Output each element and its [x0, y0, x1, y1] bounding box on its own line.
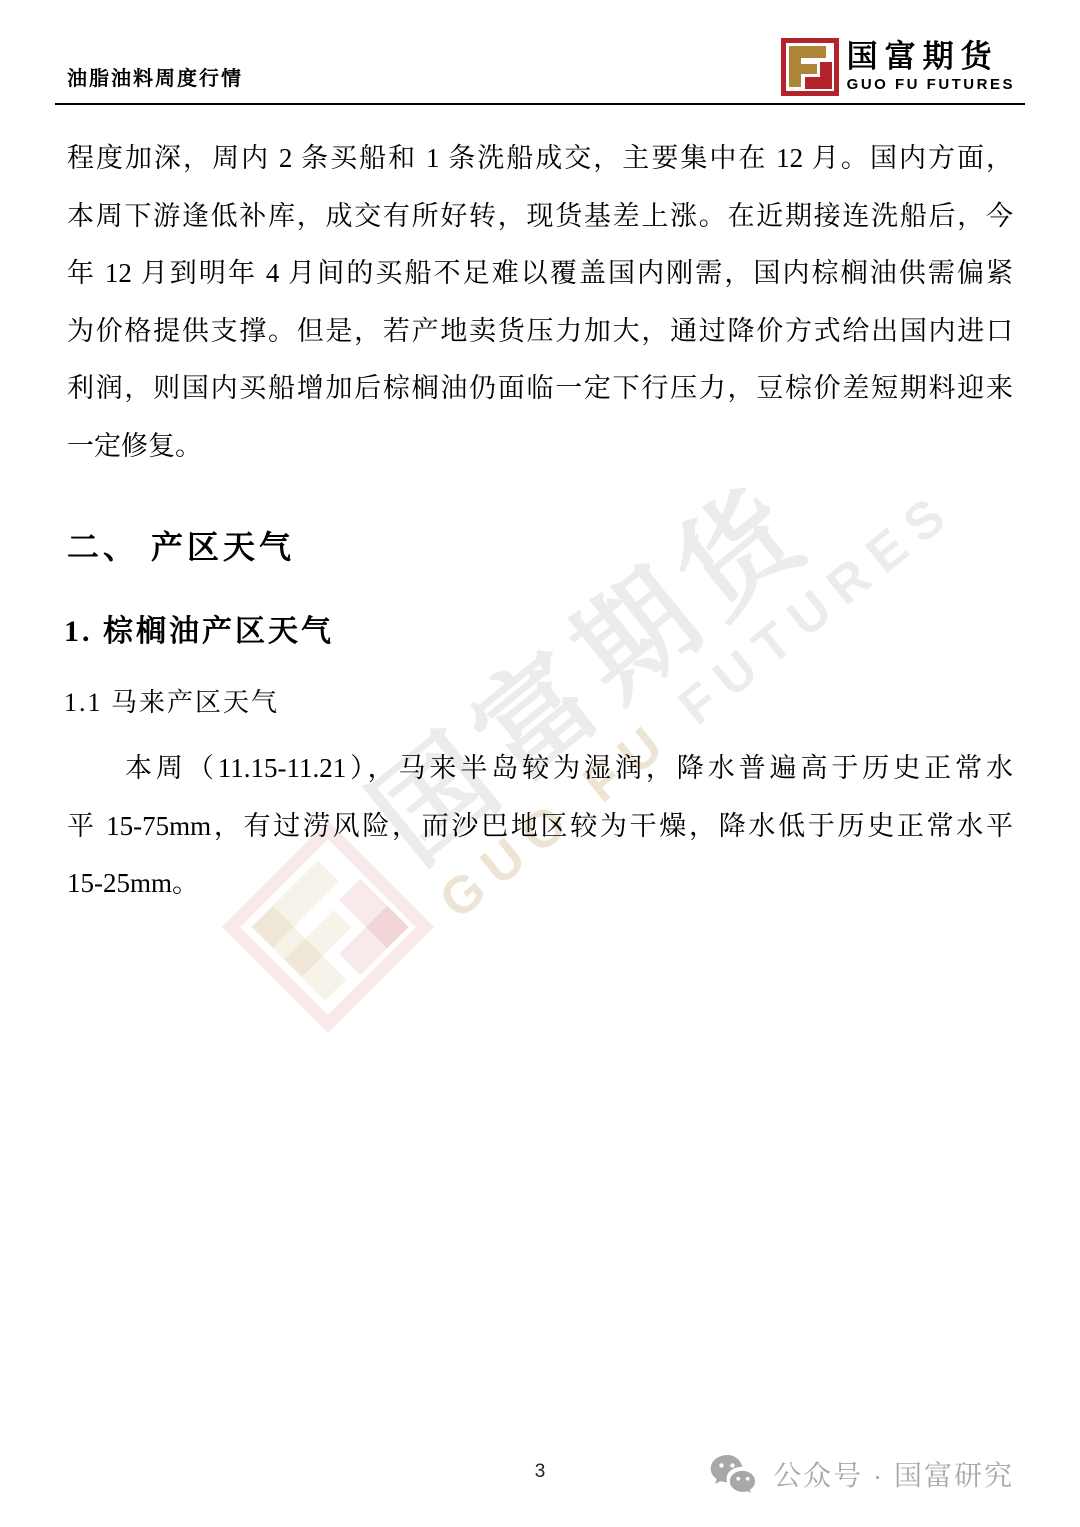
section-heading-producing-area-weather: 二、 产区天气 — [67, 522, 295, 568]
paragraph-line: 平 15-75mm，有过涝风险，而沙巴地区较为干燥，降水低于历史正常水平 — [67, 798, 1013, 856]
paragraph-line: 程度加深，周内 2 条买船和 1 条洗船成交，主要集中在 12 月。国内方面， — [67, 130, 1013, 188]
paragraph-line: 一定修复。 — [67, 418, 1013, 476]
market-analysis-paragraph: 程度加深，周内 2 条买船和 1 条洗船成交，主要集中在 12 月。国内方面， … — [67, 130, 1013, 475]
brand-name-en: GUO FU FUTURES — [847, 75, 1015, 95]
brand-logo: 国富期货 GUO FU FUTURES — [781, 38, 1015, 96]
brand-name-cn: 国富期货 — [847, 39, 1015, 75]
wechat-footer-badge: 公众号 · 国富研究 — [709, 1450, 1014, 1502]
paragraph-line: 为价格提供支撑。但是，若产地卖货压力加大，通过降价方式给出国内进口 — [67, 303, 1013, 361]
malaysia-weather-paragraph: 本周（11.15-11.21），马来半岛较为湿润，降水普遍高于历史正常水 平 1… — [67, 740, 1013, 913]
wechat-account-label: 公众号 · 国富研究 — [773, 1450, 1014, 1502]
document-title: 油脂油料周度行情 — [67, 62, 243, 91]
guofu-logo-icon — [781, 38, 839, 96]
brand-watermark: 国富期货 GUO FU FUTURES — [212, 424, 918, 1045]
paragraph-line: 利润，则国内买船增加后棕榈油仍面临一定下行压力，豆棕价差短期料迎来 — [67, 360, 1013, 418]
header-divider — [55, 103, 1025, 105]
report-page: 国富期货 GUO FU FUTURES 油脂油料周度行情 国富期货 GUO FU… — [0, 0, 1080, 1527]
subsection-heading-palm-oil-weather: 1. 棕榈油产区天气 — [64, 606, 334, 650]
paragraph-line: 年 12 月到明年 4 月间的买船不足难以覆盖国内刚需，国内棕榈油供需偏紧 — [67, 245, 1013, 303]
wechat-icon — [709, 1454, 761, 1498]
paragraph-line: 15-25mm。 — [67, 855, 1013, 913]
subsection-heading-malaysia-weather: 1.1 马来产区天气 — [64, 682, 279, 719]
paragraph-line: 本周下游逢低补库，成交有所好转，现货基差上涨。在近期接连洗船后，今 — [67, 188, 1013, 246]
paragraph-line: 本周（11.15-11.21），马来半岛较为湿润，降水普遍高于历史正常水 — [67, 740, 1013, 798]
